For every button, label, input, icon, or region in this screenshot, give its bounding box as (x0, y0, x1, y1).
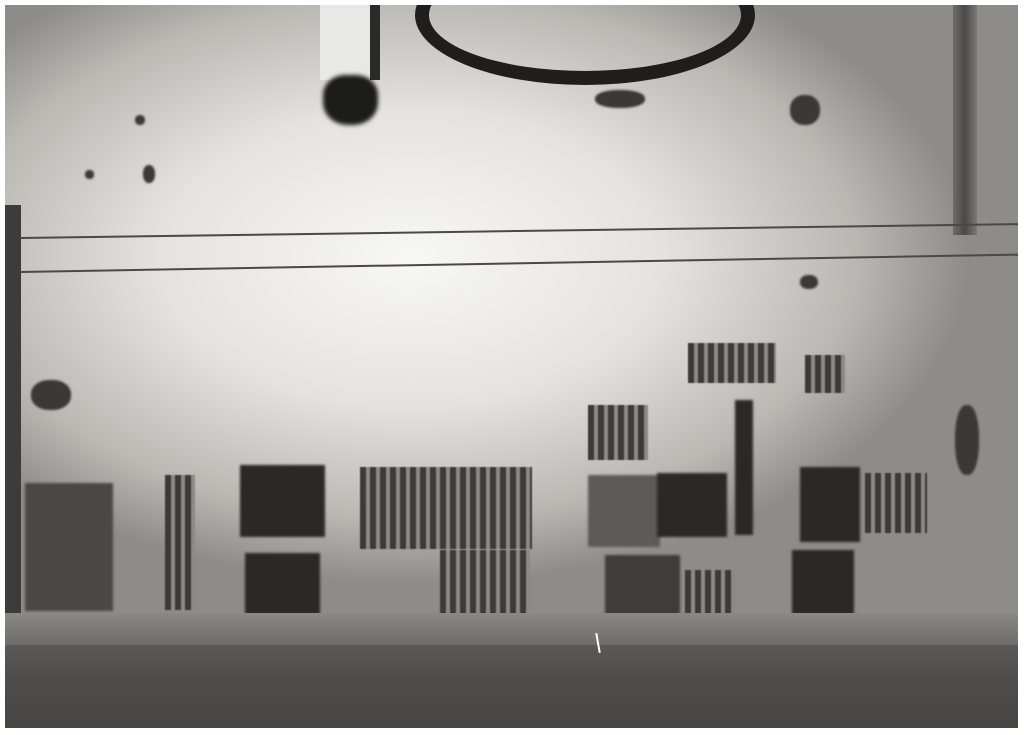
floor (5, 645, 1018, 728)
exposed-lath (360, 467, 532, 549)
cable-upper (20, 223, 1018, 239)
wall-hole (588, 475, 660, 547)
wall-stain (790, 95, 820, 125)
exposed-lath (805, 355, 845, 393)
wall-stain (135, 115, 145, 125)
wall-hole (240, 465, 325, 537)
exposed-lath (688, 343, 776, 383)
wall-stain (800, 275, 818, 289)
wall-hole (25, 483, 113, 611)
left-wall-edge (5, 205, 21, 625)
exposed-lath (440, 550, 530, 615)
lamp-bracket (320, 5, 380, 80)
exposed-lath (588, 405, 648, 460)
wall-hole (800, 467, 860, 542)
vertical-pipe (953, 5, 977, 235)
wall-hole (245, 553, 320, 615)
wall-stain (955, 405, 979, 475)
skirting (5, 613, 1018, 647)
wall-hole (657, 473, 727, 537)
wall-hole (792, 550, 854, 615)
wall-stain (31, 380, 71, 410)
wall-stain (143, 165, 155, 183)
overhead-pipe (415, 5, 755, 85)
wall-stain (85, 170, 94, 179)
exposed-lath (685, 570, 735, 615)
wall-stain (595, 90, 645, 108)
wall-hole (735, 400, 753, 535)
lamp (323, 75, 378, 125)
cable-lower (20, 254, 1018, 273)
wall-hole (605, 555, 680, 615)
wall-photograph (5, 5, 1018, 728)
exposed-lath (165, 475, 195, 610)
exposed-lath (865, 473, 927, 533)
